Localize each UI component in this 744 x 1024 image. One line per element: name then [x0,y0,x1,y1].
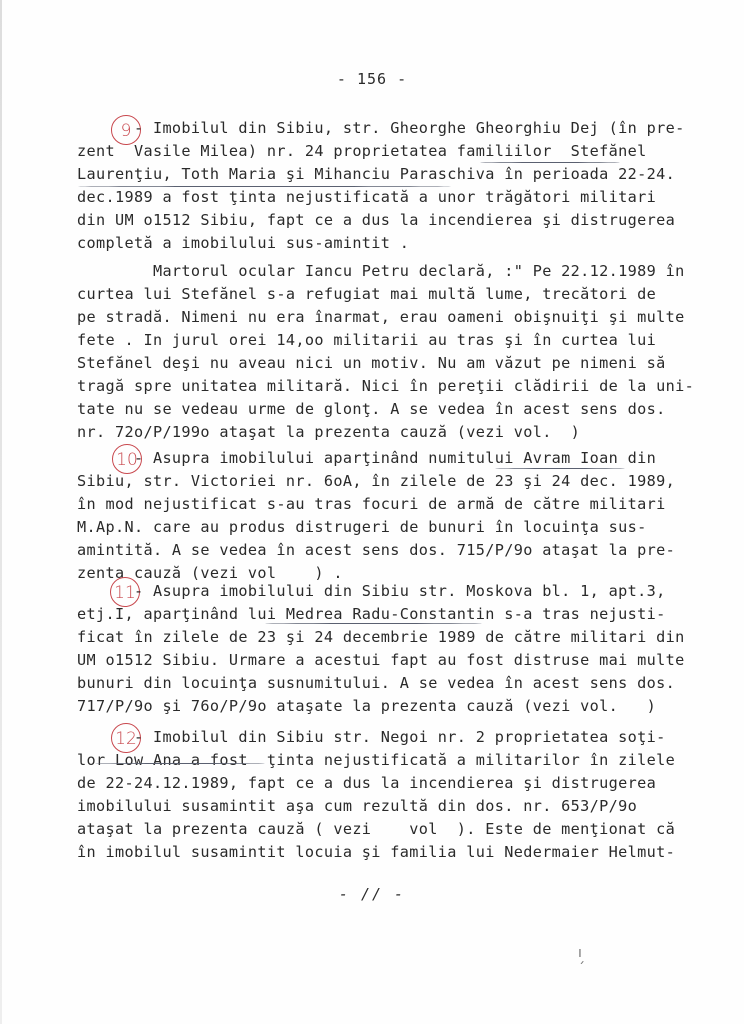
text-line: amintită. A se vedea în acest sens dos. … [77,539,675,561]
footer-continuation-mark: - // - [0,885,744,903]
text-line: Sibiu, str. Victoriei nr. 6oA, în zilele… [77,470,675,492]
text-line: tragă spre unitatea militară. Nici în pe… [77,375,694,397]
text-line: Martorul ocular Iancu Petru declară, :" … [77,260,685,282]
handwritten-underline [495,468,625,469]
text-line: în imobilul susamintit locuia şi familia… [77,841,675,863]
handwritten-underline [480,162,620,163]
text-line: - Asupra imobilului aparţinând numitului… [77,447,656,469]
text-line: completă a imobilului sus-amintit . [77,232,409,254]
text-line: nr. 72o/P/199o ataşat la prezenta cauză … [77,421,580,443]
page-number: - 156 - [0,70,744,88]
text-line: zent Vasile Milea) nr. 24 proprietatea f… [77,140,647,162]
text-line: lor Low Ana a fost ţinta nejustificată a… [77,749,675,771]
text-line: - Imobilul din Sibiu, str. Gheorghe Gheo… [77,117,685,139]
text-line: - Asupra imobilului din Sibiu str. Mosko… [77,580,666,602]
text-line: Laurenţiu, Toth Maria şi Mihanciu Parasc… [77,163,675,185]
text-line: ficat în zilele de 23 şi 24 decembrie 19… [77,626,685,648]
text-line: 717/P/9o şi 76o/P/9o ataşate la prezenta… [77,695,656,717]
scan-edge [0,0,2,1024]
text-line: - Imobilul din Sibiu str. Negoi nr. 2 pr… [77,726,666,748]
handwritten-underline [95,763,265,764]
text-line: UM o1512 Sibiu. Urmare a acestui fapt au… [77,649,685,671]
text-line: Stefănel deşi nu aveau nici un motiv. Nu… [77,352,666,374]
handwritten-underline [265,623,482,624]
text-line: tate nu se vedeau urme de glonţ. A se ve… [77,398,666,420]
text-line: pe stradă. Nimeni nu era înarmat, erau o… [77,306,685,328]
text-line: M.Ap.N. care au produs distrugeri de bun… [77,516,647,538]
text-line: din UM o1512 Sibiu, fapt ce a dus la inc… [77,209,675,231]
text-line: etj.I, aparţinând lui Medrea Radu-Consta… [77,603,666,625]
handwritten-underline [77,186,452,187]
text-line: de 22-24.12.1989, fapt ce a dus la incen… [77,772,656,794]
text-line: în mod nejustificat s-au tras focuri de … [77,493,666,515]
text-line: curtea lui Stefănel s-a refugiat mai mul… [77,283,656,305]
text-line: dec.1989 a fost ţinta nejustificată a un… [77,186,656,208]
scanned-document-page: - 156 - 9 - Imobilul din Sibiu, str. Ghe… [0,0,744,1024]
pen-scribble-mark: ı ˊ [578,945,592,975]
text-line: fete . In jurul orei 14,oo militarii au … [77,329,656,351]
text-line: bunuri din locuinţa susnumitului. A se v… [77,672,675,694]
text-line: ataşat la prezenta cauză ( vezi vol ). E… [77,818,675,840]
text-line: imobilului susamintit aşa cum rezultă di… [77,795,637,817]
